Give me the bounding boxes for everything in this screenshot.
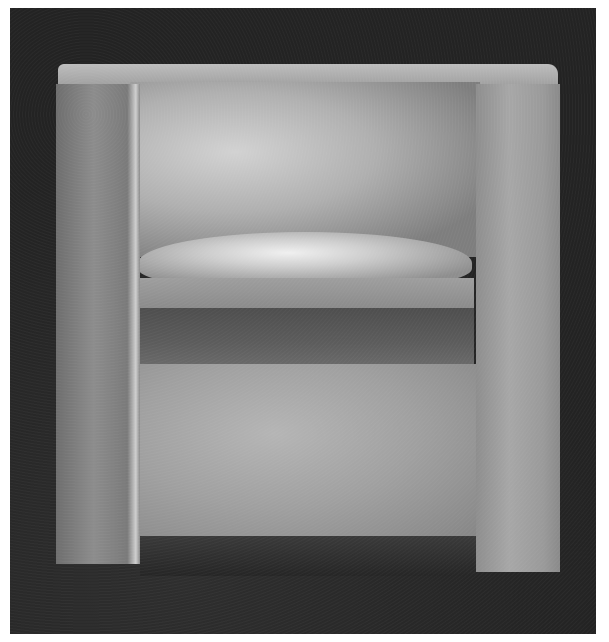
- niche-ledge: [138, 278, 474, 310]
- niche-rounded-molding: [138, 232, 472, 284]
- stone-left-post: [56, 84, 140, 564]
- niche-upper-recess: [130, 82, 480, 257]
- niche-floor-shadow: [140, 536, 476, 576]
- stone-right-post: [476, 84, 560, 572]
- photograph: [10, 8, 596, 634]
- stone-top-slab: [58, 64, 558, 90]
- niche-lower-face: [140, 364, 476, 538]
- niche-dark-band: [138, 308, 474, 366]
